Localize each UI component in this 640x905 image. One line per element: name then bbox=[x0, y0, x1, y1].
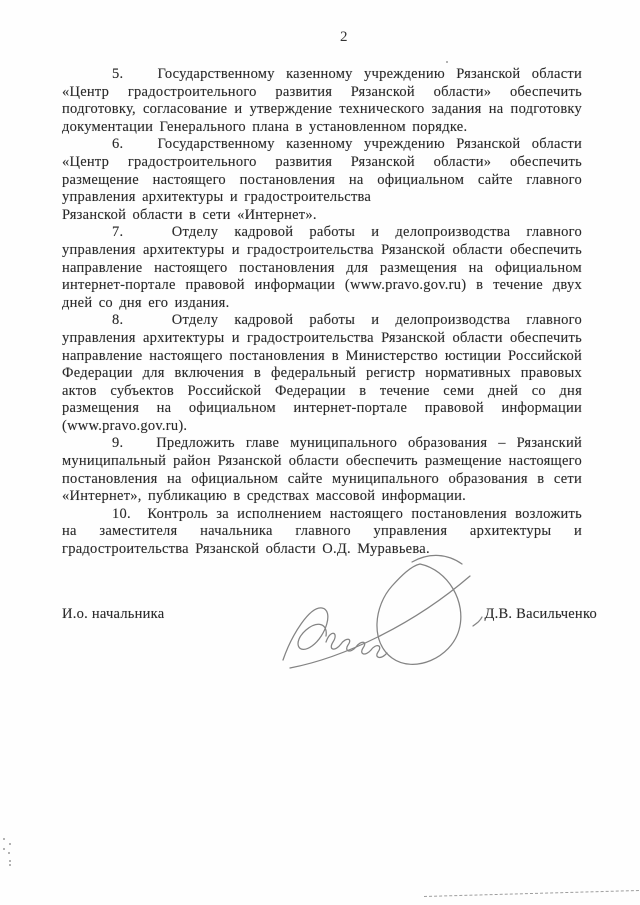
signature-block: И.о. начальника Д.В. Васильченко bbox=[62, 606, 597, 623]
paragraph-6-cont: Рязанской области в сети «Интернет». bbox=[62, 207, 582, 225]
paragraph-5: 5. Государственному казенному учреждению… bbox=[62, 66, 582, 136]
paragraph-8: 8. Отделу кадровой работы и делопроизвод… bbox=[62, 312, 582, 435]
paragraph-10: 10. Контроль за исполнением настоящего п… bbox=[62, 506, 582, 559]
scan-edge-line bbox=[424, 890, 639, 897]
scan-speck bbox=[9, 843, 11, 845]
scan-speck bbox=[9, 860, 11, 862]
document-page: 2 5. Государственному казенному учрежден… bbox=[0, 0, 640, 905]
scan-speck bbox=[446, 61, 448, 63]
scan-speck bbox=[3, 838, 5, 840]
scan-speck bbox=[3, 848, 5, 850]
scan-speck bbox=[9, 864, 11, 866]
paragraph-7: 7. Отделу кадровой работы и делопроизвод… bbox=[62, 224, 582, 312]
page-number: 2 bbox=[340, 29, 348, 46]
scan-speck bbox=[8, 852, 10, 854]
paragraph-6: 6. Государственному казенному учреждению… bbox=[62, 136, 582, 206]
signer-name: Д.В. Васильченко bbox=[484, 606, 597, 623]
document-body: 5. Государственному казенному учреждению… bbox=[62, 66, 582, 559]
signer-title: И.о. начальника bbox=[62, 606, 164, 623]
paragraph-9: 9. Предложить главе муниципального образ… bbox=[62, 435, 582, 505]
